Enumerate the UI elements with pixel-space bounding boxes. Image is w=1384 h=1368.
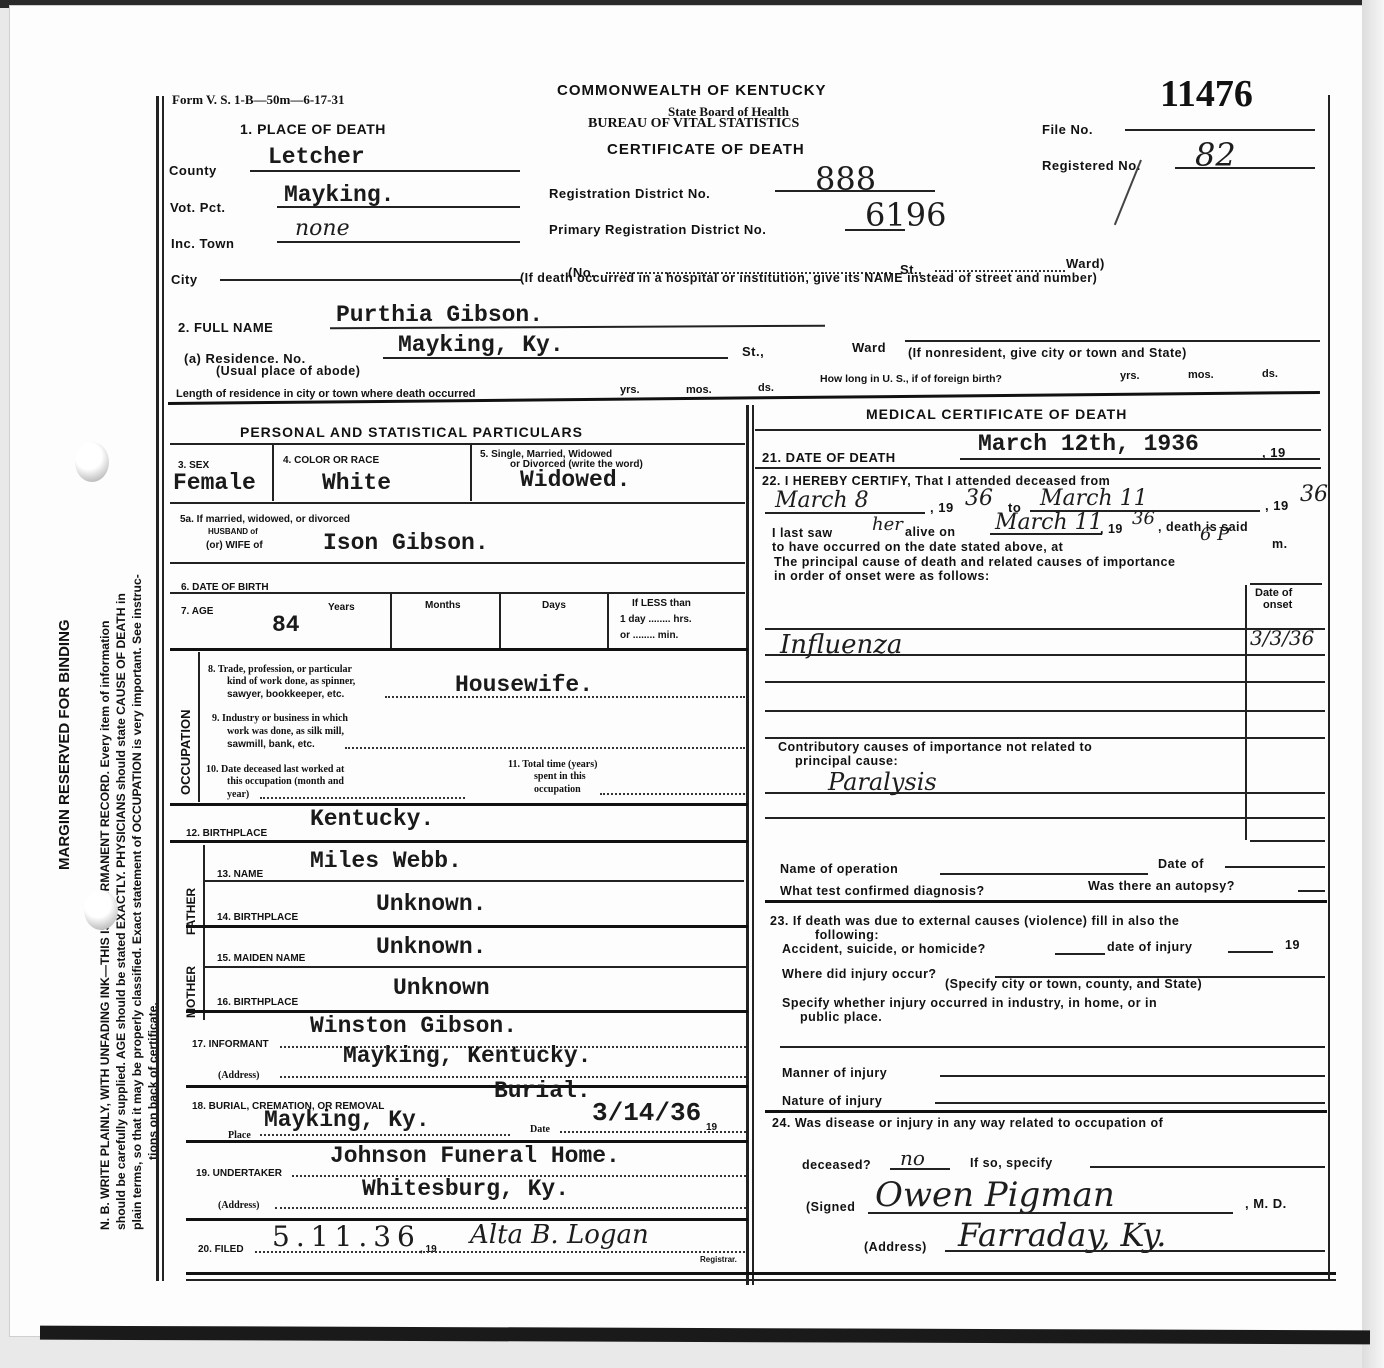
form-border-right (1328, 95, 1330, 1280)
undertaker-name-value[interactable]: Johnson Funeral Home. (330, 1143, 620, 1169)
less-label-2: 1 day ........ hrs. (620, 614, 692, 625)
operation-label: Name of operation (780, 862, 898, 876)
row-line-21 (755, 467, 1321, 469)
scan-edge-right (1362, 0, 1384, 1368)
mother-maiden-label: 15. MAIDEN NAME (217, 953, 305, 964)
form-number: Form V. S. 1-B—50m—6-17-31 (172, 92, 345, 108)
trade-value[interactable]: Housewife. (455, 672, 593, 698)
physician-address-label: (Address) (864, 1240, 927, 1254)
dod-label: 21. DATE OF DEATH (762, 450, 896, 465)
race-divider (470, 445, 472, 501)
full-name-value[interactable]: Purthia Gibson. (336, 302, 543, 328)
father-name-label: 13. NAME (217, 869, 263, 880)
row-line-12 (170, 840, 748, 843)
lastworked-label-3: year) (227, 789, 249, 800)
contrib-label-1: Contributory causes of importance not re… (778, 740, 1092, 754)
specify-label-2: public place. (800, 1010, 882, 1024)
less-label-3: or ........ min. (620, 630, 678, 641)
residence-ward-line (905, 340, 1320, 342)
form-border-bottom-inner (186, 1279, 1336, 1281)
row-line-11 (170, 803, 748, 806)
registered-no-label: Registered No. (1042, 158, 1141, 173)
reg-district-label: Registration District No. (549, 186, 710, 201)
onset-header-1: Date of (1255, 587, 1292, 599)
row-line-23 (765, 1110, 1327, 1113)
physician-signature[interactable]: Owen Pigman (875, 1175, 1115, 1215)
related-label: 24. Was disease or injury in any way rel… (772, 1116, 1163, 1130)
trade-label-3: sawyer, bookkeeper, etc. (227, 689, 344, 700)
autopsy-line (1298, 890, 1325, 892)
age-years-value[interactable]: 84 (272, 612, 300, 638)
occupation-divider (198, 652, 200, 802)
residence-ward-label: Ward (852, 340, 886, 355)
mother-birthplace-value[interactable]: Unknown (393, 975, 490, 1001)
contrib-line-3 (1250, 840, 1325, 842)
trade-dots (385, 696, 745, 698)
related-answer-value[interactable]: no (900, 1146, 925, 1170)
mother-birthplace-label: 16. BIRTHPLACE (217, 997, 298, 1008)
operation-line (940, 873, 1148, 875)
where-label: Where did injury occur? (782, 967, 937, 981)
related-answer-line (890, 1168, 950, 1170)
ward-label: Ward) (1066, 256, 1105, 271)
age-days-label: Days (542, 600, 566, 611)
dod-line (960, 458, 1320, 460)
column-divider (746, 405, 749, 1285)
totaltime-label-1: 11. Total time (years) (508, 759, 597, 770)
sex-value[interactable]: Female (173, 470, 256, 496)
form-border-bottom (186, 1272, 1336, 1275)
row-line-5a (170, 562, 745, 564)
residence-street-label: St., (742, 344, 764, 359)
file-no-line (1125, 129, 1315, 131)
header-certificate: CERTIFICATE OF DEATH (607, 141, 805, 158)
age-years-label: Years (328, 602, 355, 613)
punch-hole-top (75, 442, 109, 482)
lastsaw-label: I last saw (772, 526, 833, 540)
parents-divider (203, 845, 205, 1020)
onset-column-divider (1245, 585, 1247, 840)
undertaker-address-value[interactable]: Whitesburg, Ky. (362, 1176, 569, 1202)
full-name-label: 2. FULL NAME (178, 320, 273, 335)
reg-district-line (775, 190, 935, 192)
nonresident-note: (If nonresident, give city or town and S… (908, 346, 1187, 360)
margin-binding-note: MARGIN RESERVED FOR BINDING (56, 619, 73, 870)
external-label-1: 23. If death was due to external causes … (770, 914, 1179, 928)
injury-19-label: 19 (1285, 938, 1300, 952)
vot-pct-line (277, 206, 520, 208)
lastworked-label-1: 10. Date deceased last worked at (206, 764, 344, 775)
primary-district-line (845, 229, 905, 231)
foreign-yrs-label: yrs. (1120, 370, 1140, 382)
medical-section-title: MEDICAL CERTIFICATE OF DEATH (866, 406, 1127, 422)
father-birthplace-label: 14. BIRTHPLACE (217, 912, 298, 923)
specify-label-1: Specify whether injury occurred in indus… (782, 996, 1157, 1010)
totaltime-label-2: spent in this (534, 771, 586, 782)
occupation-side-label: OCCUPATION (178, 710, 193, 795)
occurred-label: to have occurred on the date stated abov… (772, 540, 1063, 554)
age-label: 7. AGE (181, 606, 213, 617)
totaltime-dots (600, 793, 745, 795)
birthplace-value[interactable]: Kentucky. (310, 806, 434, 832)
injury-date-line (1228, 951, 1273, 953)
city-label: City (171, 272, 198, 287)
age-divider-1 (390, 593, 392, 648)
inc-town-label: Inc. Town (171, 236, 234, 251)
onset-header-2: onset (1263, 599, 1292, 611)
less-label-1: If LESS than (632, 598, 691, 609)
accident-line (1055, 953, 1105, 955)
principal-label-1: The principal cause of death and related… (774, 555, 1175, 569)
sex-divider (272, 445, 274, 501)
personal-header-line (170, 443, 745, 445)
mother-maiden-value[interactable]: Unknown. (376, 934, 486, 960)
length-yrs-label: yrs. (620, 384, 640, 396)
foreign-ds-label: ds. (1262, 368, 1278, 380)
cause-line-2 (765, 654, 1325, 656)
header-bureau: BUREAU OF VITAL STATISTICS (588, 116, 799, 132)
attended-to-year[interactable]: 36 (1300, 482, 1328, 507)
registrar-label: Registrar. (700, 1254, 737, 1265)
contrib-line-1 (765, 792, 1325, 794)
father-mother-divider (186, 925, 748, 928)
attended-from-year[interactable]: 36 (965, 486, 993, 511)
form-border-left-inner (162, 96, 164, 1281)
ifso-line (1090, 1166, 1325, 1168)
abode-note: (Usual place of abode) (216, 364, 360, 378)
row-line-5 (170, 502, 745, 504)
operation-date-label: Date of (1158, 857, 1204, 871)
nature-label: Nature of injury (782, 1094, 882, 1108)
lastworked-dots (260, 797, 465, 799)
age-divider-2 (499, 593, 501, 648)
foreign-mos-label: mos. (1188, 369, 1214, 381)
md-label: , M. D. (1245, 1196, 1287, 1211)
row-line-7 (170, 648, 748, 651)
city-line (220, 279, 522, 281)
signed-line (868, 1212, 1233, 1214)
burial-place-dots (260, 1134, 510, 1136)
manner-label: Manner of injury (782, 1066, 887, 1080)
registrar-signature[interactable]: Alta B. Logan (470, 1220, 649, 1250)
deceased-label: deceased? (802, 1158, 871, 1172)
row-line-19 (186, 1218, 748, 1221)
physician-address-line (945, 1250, 1325, 1252)
informant-address-value[interactable]: Mayking, Kentucky. (343, 1043, 591, 1069)
form-border-left (156, 96, 159, 1281)
dod-value[interactable]: March 12th, 1936 (978, 431, 1199, 457)
onset-header-top-line (1250, 583, 1322, 585)
external-label-2: following: (815, 928, 879, 942)
primary-district-label: Primary Registration District No. (549, 222, 766, 237)
spouse-label-1: 5a. If married, widowed, or divorced (180, 514, 350, 525)
where-note: (Specify city or town, county, and State… (945, 977, 1202, 991)
reg-district-value[interactable]: 888 (815, 160, 876, 198)
lastsaw-19: , 19 (1100, 522, 1123, 536)
burial-date-label: Date (530, 1124, 550, 1135)
length-ds-label: ds. (758, 382, 774, 394)
file-no-label: File No. (1042, 122, 1093, 137)
file-stamp-number: 11476 (1160, 72, 1253, 116)
father-name-value[interactable]: Miles Webb. (310, 848, 462, 874)
row-line-22 (765, 900, 1327, 903)
county-value[interactable]: Letcher (268, 144, 365, 170)
registered-no-line (1175, 167, 1315, 169)
signed-label: (Signed (806, 1200, 855, 1214)
industry-label-1: 9. Industry or business in which (212, 713, 348, 724)
filed-dots (255, 1251, 745, 1253)
ifso-label: If so, specify (970, 1156, 1053, 1170)
age-months-label: Months (425, 600, 461, 611)
county-label: County (169, 163, 217, 178)
industry-label-2: work was done, as silk mill, (227, 726, 344, 737)
specify-line (780, 1046, 1325, 1048)
residence-line (383, 357, 728, 359)
age-divider-3 (607, 593, 609, 648)
father-name-line (204, 880, 744, 882)
attended-from-19: , 19 (930, 500, 954, 515)
filed-date-value[interactable]: 5.11.36 (272, 1220, 421, 1253)
informant-label: 17. INFORMANT (192, 1039, 269, 1050)
attended-to-19: , 19 (1265, 498, 1289, 513)
burial-date-dots (560, 1131, 746, 1133)
filed-label: 20. FILED (198, 1244, 244, 1255)
marital-value[interactable]: Widowed. (520, 467, 630, 493)
contrib-label-2: principal cause: (795, 754, 898, 768)
column-divider-inner (752, 405, 754, 1285)
alive-on-label: alive on (905, 525, 956, 539)
accident-label: Accident, suicide, or homicide? (782, 942, 986, 956)
informant-name-value[interactable]: Winston Gibson. (310, 1013, 517, 1039)
cause-line-3 (765, 681, 1325, 683)
foreign-birth-label: How long in U. S., if of foreign birth? (820, 373, 1002, 385)
race-value[interactable]: White (322, 470, 391, 496)
length-residence-label: Length of residence in city or town wher… (176, 388, 476, 400)
totaltime-label-3: occupation (534, 784, 581, 795)
father-birthplace-value[interactable]: Unknown. (376, 891, 486, 917)
place-of-death-title: 1. PLACE OF DEATH (240, 121, 386, 137)
operation-date-line (1225, 866, 1325, 868)
cause-onset-value[interactable]: 3/3/36 (1250, 626, 1314, 650)
industry-label-3: sawmill, bank, etc. (227, 739, 315, 750)
time-m-label: m. (1272, 537, 1288, 551)
inc-town-line (277, 241, 520, 243)
undertaker-label: 19. UNDERTAKER (196, 1168, 282, 1179)
cause-line-4 (765, 710, 1325, 712)
mother-maiden-line (204, 966, 749, 968)
lastsaw-year[interactable]: 36 (1132, 508, 1155, 529)
row-line-6 (170, 592, 745, 594)
industry-dots (345, 747, 745, 749)
burial-place-value[interactable]: Mayking, Ky. (264, 1107, 430, 1133)
personal-section-title: PERSONAL AND STATISTICAL PARTICULARS (240, 424, 583, 440)
attended-from-value[interactable]: March 8 (775, 488, 869, 513)
vot-pct-label: Vot. Pct. (170, 200, 226, 215)
filed-19-label: , 19 (420, 1244, 437, 1255)
inc-town-value[interactable]: none (295, 216, 350, 241)
vot-pct-value[interactable]: Mayking. (284, 182, 394, 208)
contrib-line-2 (765, 817, 1325, 819)
physician-address-value[interactable]: Farraday, Ky. (958, 1216, 1166, 1254)
trade-label-2: kind of work done, as spinner, (227, 676, 355, 687)
undertaker-address-dots (275, 1207, 746, 1209)
lastsaw-pronoun[interactable]: her (872, 514, 903, 535)
lastworked-label-2: this occupation (month and (227, 776, 344, 787)
informant-address-label: (Address) (218, 1070, 259, 1081)
row-line-17 (186, 1085, 748, 1088)
residence-value[interactable]: Mayking, Ky. (398, 332, 564, 358)
lastsaw-date-line (990, 533, 1102, 535)
autopsy-label: Was there an autopsy? (1088, 879, 1235, 893)
header-commonwealth: COMMONWEALTH OF KENTUCKY (557, 82, 827, 99)
race-label: 4. COLOR OR RACE (283, 455, 379, 466)
hospital-note: (If death occurred in a hospital or inst… (520, 271, 1097, 285)
principal-label-2: in order of onset were as follows: (774, 569, 990, 583)
margin-instruction-line3: plain terms, so that it may be properly … (130, 574, 144, 1230)
spouse-value[interactable]: Ison Gibson. (323, 530, 489, 556)
punch-hole-bottom (84, 890, 118, 930)
trade-label-1: 8. Trade, profession, or particular (208, 664, 352, 675)
time-of-death-value[interactable]: 6 P (1200, 524, 1229, 545)
burial-date-value[interactable]: 3/14/36 (592, 1098, 701, 1128)
length-mos-label: mos. (686, 384, 712, 396)
birthplace-label: 12. BIRTHPLACE (186, 828, 267, 839)
test-label: What test confirmed diagnosis? (780, 884, 985, 898)
injury-date-label: date of injury (1107, 940, 1192, 954)
undertaker-address-label: (Address) (218, 1200, 259, 1211)
burial-type-value[interactable]: Burial. (494, 1078, 591, 1104)
county-line (250, 170, 520, 172)
spouse-label-3: (or) WIFE of (206, 540, 263, 551)
spouse-label-2: HUSBAND of (208, 526, 258, 537)
manner-line (940, 1075, 1325, 1077)
nature-line (935, 1102, 1325, 1104)
lastsaw-date-value[interactable]: March 11 (995, 510, 1103, 535)
cause-line-5 (765, 737, 1325, 739)
